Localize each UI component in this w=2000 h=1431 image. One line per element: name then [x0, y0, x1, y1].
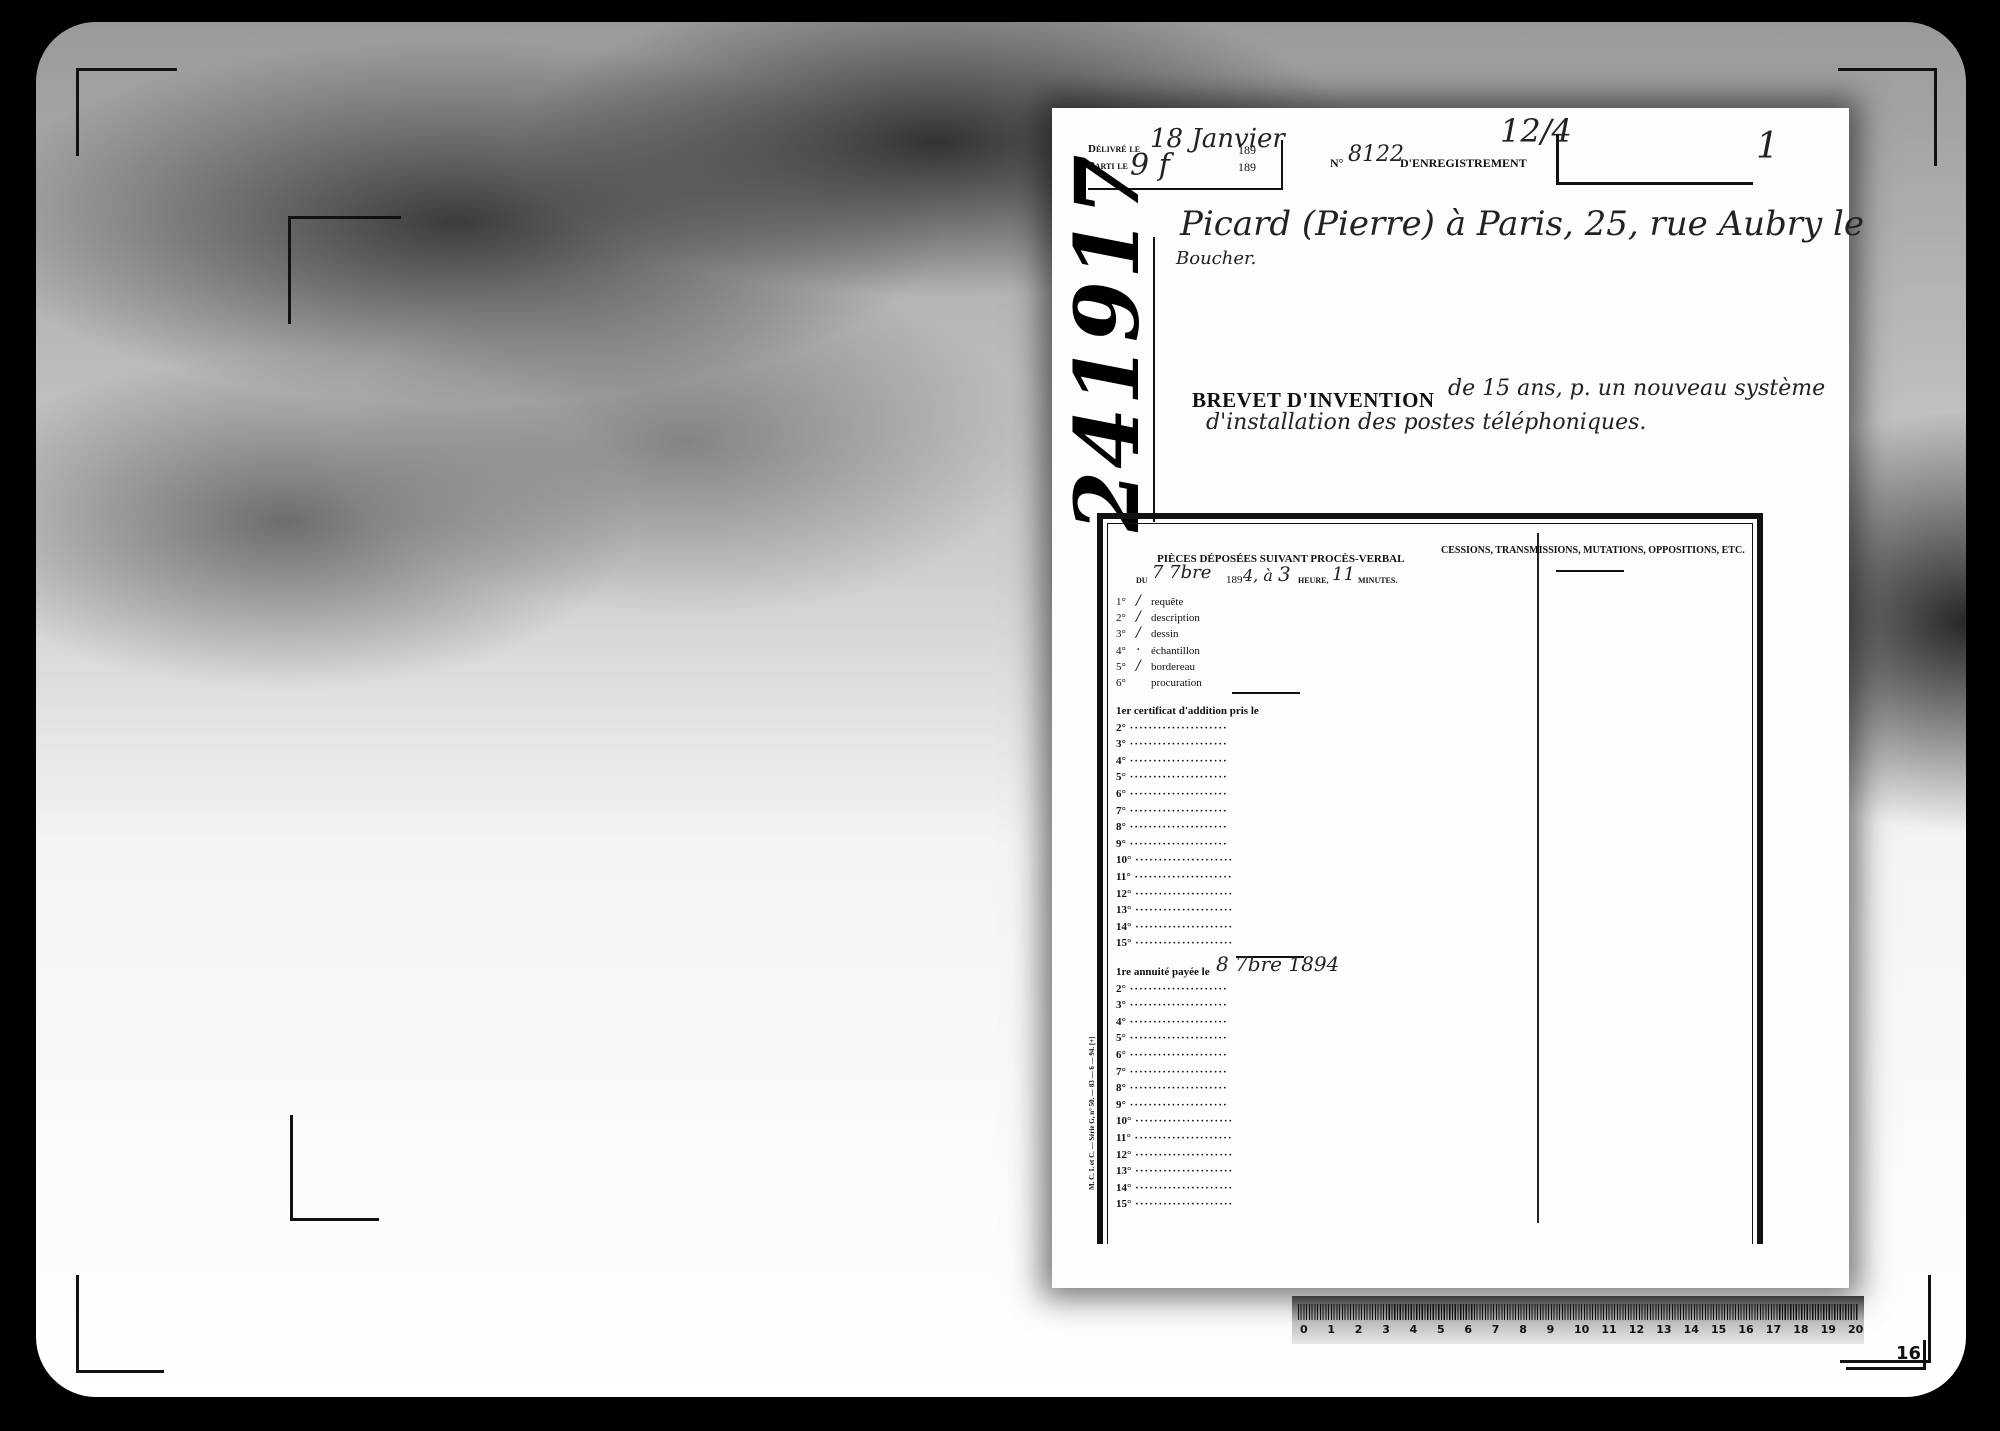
- registration-number: 8122: [1348, 142, 1404, 167]
- dotted-leader: ·····················: [1131, 1132, 1233, 1144]
- ruler-label: 5: [1437, 1323, 1445, 1336]
- ruler-label: 18: [1793, 1323, 1808, 1336]
- cessions-heading: CESSIONS, TRANSMISSIONS, MUTATIONS, OPPO…: [1441, 545, 1745, 556]
- du-value: 7 7bre: [1152, 562, 1211, 583]
- delivre-value: 18 Janvier: [1150, 124, 1285, 154]
- annuites-number: 6°: [1116, 1049, 1126, 1061]
- annuites-row: 6° ·····················: [1116, 1049, 1228, 1061]
- certificats-number: 7°: [1116, 805, 1126, 817]
- piece-mark: /: [1136, 625, 1141, 641]
- piece-row: 1°/requête: [1116, 596, 1126, 608]
- ruler-label: 20: [1848, 1323, 1863, 1336]
- dotted-leader: ·····················: [1126, 1049, 1228, 1061]
- certificats-number: 13°: [1116, 904, 1131, 916]
- du-label: DU: [1136, 576, 1148, 585]
- certificats-number: 14°: [1116, 921, 1131, 933]
- ruler-label: 6: [1464, 1323, 1472, 1336]
- certificats-row: 11° ·····················: [1116, 871, 1233, 883]
- ruler-label: 8: [1519, 1323, 1527, 1336]
- piece-mark: /: [1136, 658, 1141, 674]
- ruler-label: 1: [1327, 1323, 1335, 1336]
- box-mark: 1: [1756, 126, 1779, 167]
- piece-row: 6°procuration: [1116, 677, 1126, 689]
- annuites-row: 3° ·····················: [1116, 999, 1228, 1011]
- year-value: 4, à: [1243, 566, 1273, 585]
- crop-mark-bottom-left-inner: [290, 1115, 379, 1221]
- annuites-number: 13°: [1116, 1165, 1131, 1177]
- annuites-number: 12°: [1116, 1149, 1131, 1161]
- parti-year: 189: [1238, 160, 1256, 175]
- dotted-leader: ·····················: [1126, 1082, 1228, 1094]
- certificats-row: 9° ·····················: [1116, 838, 1228, 850]
- piece-mark: /: [1136, 609, 1141, 625]
- annuites-row: 12° ·····················: [1116, 1149, 1233, 1161]
- certificats-row: 10° ·····················: [1116, 854, 1233, 866]
- ruler-label: 16: [1738, 1323, 1753, 1336]
- ruler-label: 12: [1629, 1323, 1644, 1336]
- dotted-leader: ·····················: [1131, 1198, 1233, 1210]
- certificats-row: 8° ·····················: [1116, 821, 1228, 833]
- dotted-leader: ·····················: [1131, 1165, 1233, 1177]
- certificats-row: 7° ·····················: [1116, 805, 1228, 817]
- piece-label: requête: [1151, 596, 1183, 608]
- certificats-row: 13° ·····················: [1116, 904, 1233, 916]
- ruler-label: 14: [1684, 1323, 1699, 1336]
- ruler-label: 0: [1300, 1323, 1308, 1336]
- dotted-leader: ·····················: [1126, 999, 1228, 1011]
- dotted-leader: ·····················: [1126, 983, 1228, 995]
- annuites-row: 13° ·····················: [1116, 1165, 1233, 1177]
- dotted-leader: ·····················: [1126, 1066, 1228, 1078]
- piece-label: échantillon: [1151, 645, 1200, 657]
- certificats-number: 6°: [1116, 788, 1126, 800]
- dotted-leader: ·····················: [1131, 904, 1233, 916]
- certificats-number: 15°: [1116, 937, 1131, 949]
- annotation-box: [1556, 134, 1753, 185]
- certificats-number: 5°: [1116, 771, 1126, 783]
- annuites-number: 14°: [1116, 1182, 1131, 1194]
- annuites-number: 2°: [1116, 983, 1126, 995]
- form-right-rule: [1757, 513, 1762, 1223]
- crop-mark-bottom-left-outer: [76, 1275, 164, 1373]
- enregistrement-label: D'ENREGISTREMENT: [1400, 156, 1527, 171]
- title-line-2: d'installation des postes téléphoniques.: [1206, 410, 1646, 435]
- ruler-label: 19: [1821, 1323, 1836, 1336]
- annuites-number: 9°: [1116, 1099, 1126, 1111]
- piece-label: procuration: [1151, 677, 1202, 689]
- piece-number: 4°: [1116, 645, 1126, 657]
- ruler-label: 10: [1574, 1323, 1589, 1336]
- annuite-first-value: 8 7bre 1894: [1216, 952, 1339, 976]
- dotted-leader: ·····················: [1131, 854, 1233, 866]
- annuites-row: 4° ·····················: [1116, 1016, 1228, 1028]
- annuites-row: 14° ·····················: [1116, 1182, 1233, 1194]
- piece-row: 4°·échantillon: [1116, 645, 1126, 657]
- ruler-label: 3: [1382, 1323, 1390, 1336]
- heure-label: HEURE,: [1298, 576, 1328, 585]
- annuites-number: 15°: [1116, 1198, 1131, 1210]
- dotted-leader: ·····················: [1126, 722, 1228, 734]
- piece-label: dessin: [1151, 628, 1179, 640]
- piece-number: 2°: [1116, 612, 1126, 624]
- piece-row: 3°/dessin: [1116, 628, 1126, 640]
- certificats-row: 14° ·····················: [1116, 921, 1233, 933]
- piece-mark: /: [1136, 593, 1141, 609]
- annuites-row: 9° ·····················: [1116, 1099, 1228, 1111]
- year-prefix: 189: [1226, 574, 1243, 586]
- annuites-row: 11° ·····················: [1116, 1132, 1233, 1144]
- dotted-leader: ·····················: [1126, 805, 1228, 817]
- crop-mark-top-right-outer: [1838, 68, 1937, 166]
- annuites-number: 3°: [1116, 999, 1126, 1011]
- annuites-number: 7°: [1116, 1066, 1126, 1078]
- certificats-number: 3°: [1116, 738, 1126, 750]
- certificats-row: 2° ·····················: [1116, 722, 1228, 734]
- certificats-number: 11°: [1116, 871, 1131, 883]
- title-line-1: de 15 ans, p. un nouveau système: [1448, 376, 1825, 401]
- ruler-ticks: [1298, 1304, 1858, 1320]
- ruler-label: 4: [1410, 1323, 1418, 1336]
- dotted-leader: ·····················: [1126, 1016, 1228, 1028]
- frame-number-rule: [1846, 1367, 1926, 1370]
- annuites-row-first: 1re annuité payée le: [1116, 966, 1210, 978]
- piece-mark: ·: [1136, 642, 1140, 658]
- piece-number: 1°: [1116, 596, 1126, 608]
- dotted-leader: ·····················: [1131, 937, 1233, 949]
- piece-row: 5°/bordereau: [1116, 661, 1126, 673]
- certificats-number: 4°: [1116, 755, 1126, 767]
- piece-label: bordereau: [1151, 661, 1195, 673]
- annuites-number: 10°: [1116, 1115, 1131, 1127]
- dotted-leader: ·····················: [1126, 738, 1228, 750]
- certificats-row: 5° ·····················: [1116, 771, 1228, 783]
- cessions-rule: [1556, 570, 1624, 572]
- frame-number-side: [1923, 1340, 1926, 1370]
- minutes-label: MINUTES.: [1358, 576, 1397, 585]
- certificats-row: 6° ·····················: [1116, 788, 1228, 800]
- dotted-leader: ·····················: [1126, 838, 1228, 850]
- applicant-line-1: Picard (Pierre) à Paris, 25, rue Aubry l…: [1180, 204, 1864, 244]
- piece-number: 3°: [1116, 628, 1126, 640]
- dotted-leader: ·····················: [1126, 755, 1228, 767]
- column-divider: [1537, 533, 1539, 1223]
- annuites-row: 2° ·····················: [1116, 983, 1228, 995]
- certificats-row-first: 1er certificat d'addition pris le: [1116, 705, 1259, 717]
- ruler-label: 13: [1656, 1323, 1671, 1336]
- minutes-value: 11: [1332, 564, 1355, 585]
- dotted-leader: ·····················: [1131, 871, 1233, 883]
- heure-value: 3: [1278, 562, 1291, 586]
- annuites-row: 10° ·····················: [1116, 1115, 1233, 1127]
- piece-label: description: [1151, 612, 1200, 624]
- measurement-ruler: 01234567891011121314151617181920: [1292, 1296, 1864, 1344]
- certificats-number: 8°: [1116, 821, 1126, 833]
- frame-number: 16: [1896, 1343, 1921, 1364]
- ruler-label: 7: [1492, 1323, 1500, 1336]
- piece-row: 2°/description: [1116, 612, 1126, 624]
- ruler-label: 11: [1601, 1323, 1616, 1336]
- ruler-label: 17: [1766, 1323, 1781, 1336]
- delivre-year: 189: [1238, 143, 1256, 158]
- dotted-leader: ·····················: [1131, 1115, 1233, 1127]
- certificats-row: 4° ·····················: [1116, 755, 1228, 767]
- annuites-number: 4°: [1116, 1016, 1126, 1028]
- dotted-leader: ·····················: [1131, 1182, 1233, 1194]
- annuites-number: 5°: [1116, 1032, 1126, 1044]
- dotted-leader: ·····················: [1131, 888, 1233, 900]
- annuites-number: 8°: [1116, 1082, 1126, 1094]
- dotted-leader: ·····················: [1126, 821, 1228, 833]
- pieces-rule: [1232, 692, 1300, 694]
- ruler-label: 15: [1711, 1323, 1726, 1336]
- certificats-row: 15° ·····················: [1116, 937, 1233, 949]
- certificats-number: 12°: [1116, 888, 1131, 900]
- crop-mark-top-left-outer: [76, 68, 177, 156]
- annuites-row: 7° ·····················: [1116, 1066, 1228, 1078]
- vertical-patent-number: 241917: [1062, 230, 1152, 530]
- dotted-leader: ·····················: [1131, 921, 1233, 933]
- dotted-leader: ·····················: [1126, 771, 1228, 783]
- ruler-label: 2: [1355, 1323, 1363, 1336]
- annuites-row: 8° ·····················: [1116, 1082, 1228, 1094]
- ruler-label: 9: [1547, 1323, 1555, 1336]
- piece-number: 5°: [1116, 661, 1126, 673]
- dotted-leader: ·····················: [1126, 1032, 1228, 1044]
- piece-number: 6°: [1116, 677, 1126, 689]
- certificats-number: 10°: [1116, 854, 1131, 866]
- certificats-number: 2°: [1116, 722, 1126, 734]
- dotted-leader: ·····················: [1126, 1099, 1228, 1111]
- printer-mark: M. C. I. et C. — Série G, n° 50. — 83 — …: [1088, 1180, 1096, 1190]
- annuites-row: 15° ·····················: [1116, 1198, 1233, 1210]
- dotted-leader: ·····················: [1131, 1149, 1233, 1161]
- certificats-number: 9°: [1116, 838, 1126, 850]
- crop-mark-top-left-inner: [288, 216, 401, 324]
- margin-line: [1153, 237, 1155, 522]
- dotted-leader: ·····················: [1126, 788, 1228, 800]
- no-label: N°: [1330, 156, 1343, 171]
- certificats-row: 3° ·····················: [1116, 738, 1228, 750]
- annuites-row: 5° ·····················: [1116, 1032, 1228, 1044]
- certificats-row: 12° ·····················: [1116, 888, 1233, 900]
- applicant-line-2: Boucher.: [1176, 248, 1256, 269]
- annuites-number: 11°: [1116, 1132, 1131, 1144]
